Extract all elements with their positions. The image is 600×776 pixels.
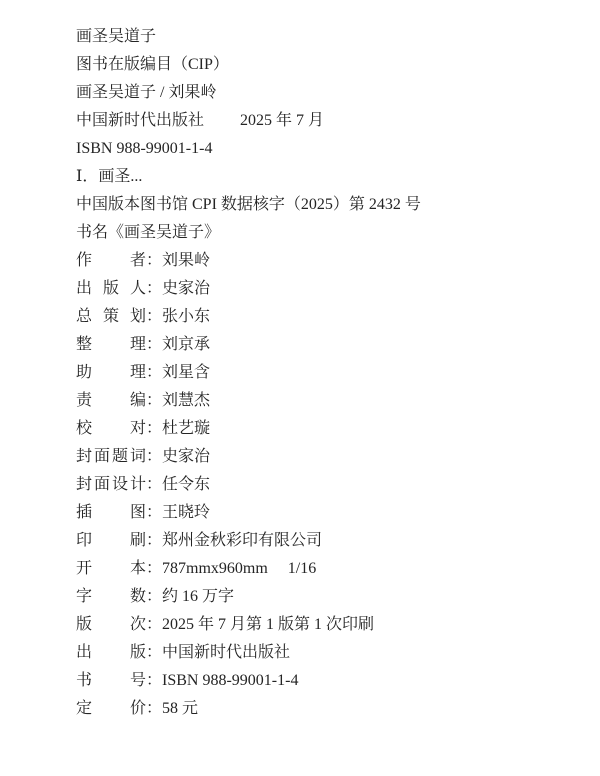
classification-line: Ⅰ．画圣... (76, 163, 580, 191)
field-value: 杜艺璇 (162, 420, 210, 437)
field-colon: ： (146, 443, 162, 471)
field-value: 刘慧杰 (162, 392, 210, 409)
field-colon: ： (146, 387, 162, 415)
field-label: 插图 (76, 499, 146, 527)
cip-record-number-line: 中国版本图书馆 CPI 数据核字（2025）第 2432 号 (76, 191, 580, 219)
field-colon: ： (146, 359, 162, 387)
field-value: 张小东 (162, 308, 210, 325)
field-value: 刘星含 (162, 364, 210, 381)
field-row-proofreader: 校对：杜艺璇 (76, 415, 580, 443)
publisher-date-line: 中国新时代出版社 2025 年 7 月 (76, 107, 580, 135)
field-row-word-count: 字数：约 16 万字 (76, 583, 580, 611)
field-row-edition: 版次：2025 年 7 月第 1 版第 1 次印刷 (76, 611, 580, 639)
field-row-illustrations: 插图：王晓玲 (76, 499, 580, 527)
field-colon: ： (146, 415, 162, 443)
field-colon: ： (146, 331, 162, 359)
field-value: 王晓玲 (162, 504, 210, 521)
field-colon: ： (146, 611, 162, 639)
field-colon: ： (146, 303, 162, 331)
field-label: 字数 (76, 583, 146, 611)
field-colon: ： (146, 499, 162, 527)
field-colon: ： (146, 471, 162, 499)
field-colon: ： (146, 695, 162, 723)
field-colon: ： (146, 527, 162, 555)
field-colon: ： (146, 555, 162, 583)
field-row-book-number: 书号：ISBN 988-99001-1-4 (76, 667, 580, 695)
field-colon: ： (146, 247, 162, 275)
field-label: 作者 (76, 247, 146, 275)
field-row-publisher-person: 出版人：史家治 (76, 275, 580, 303)
isbn-line: ISBN 988-99001-1-4 (76, 135, 580, 163)
field-value: 787mmx960mm 1/16 (162, 560, 316, 577)
field-label: 总策划 (76, 303, 146, 331)
field-label: 书号 (76, 667, 146, 695)
field-colon: ： (146, 667, 162, 695)
field-label: 印刷 (76, 527, 146, 555)
field-row-cover-design: 封面设计：任令东 (76, 471, 580, 499)
field-row-printing: 印刷：郑州金秋彩印有限公司 (76, 527, 580, 555)
document-page: 画圣吴道子 图书在版编目（CIP） 画圣吴道子 / 刘果岭 中国新时代出版社 2… (0, 0, 600, 776)
field-value: 刘果岭 (162, 252, 210, 269)
title-author-line: 画圣吴道子 / 刘果岭 (76, 79, 580, 107)
field-row-chief-planner: 总策划：张小东 (76, 303, 580, 331)
field-row-editor: 责编：刘慧杰 (76, 387, 580, 415)
field-value: 刘京承 (162, 336, 210, 353)
field-label: 整理 (76, 331, 146, 359)
cip-heading-line: 图书在版编目（CIP） (76, 51, 580, 79)
field-label: 责编 (76, 387, 146, 415)
cip-content: 画圣吴道子 图书在版编目（CIP） 画圣吴道子 / 刘果岭 中国新时代出版社 2… (76, 23, 580, 723)
field-row-compiler: 整理：刘京承 (76, 331, 580, 359)
field-label: 校对 (76, 415, 146, 443)
field-row-assistant: 助理：刘星含 (76, 359, 580, 387)
field-value: ISBN 988-99001-1-4 (162, 672, 298, 689)
field-label: 版次 (76, 611, 146, 639)
field-colon: ： (146, 639, 162, 667)
field-value: 中国新时代出版社 (162, 644, 290, 661)
field-label: 定价 (76, 695, 146, 723)
field-row-price: 定价：58 元 (76, 695, 580, 723)
field-row-publisher: 出版：中国新时代出版社 (76, 639, 580, 667)
field-row-format: 开本：787mmx960mm 1/16 (76, 555, 580, 583)
field-value: 约 16 万字 (162, 588, 234, 605)
field-colon: ： (146, 583, 162, 611)
book-title-line: 画圣吴道子 (76, 23, 580, 51)
field-label: 封面设计 (76, 471, 146, 499)
field-label: 封面题词 (76, 443, 146, 471)
book-name-line: 书名《画圣吴道子》 (76, 219, 580, 247)
field-value: 史家治 (162, 448, 210, 465)
field-label: 开本 (76, 555, 146, 583)
field-label: 出版 (76, 639, 146, 667)
field-label: 出版人 (76, 275, 146, 303)
field-row-author: 作者：刘果岭 (76, 247, 580, 275)
field-value: 58 元 (162, 700, 198, 717)
field-value: 2025 年 7 月第 1 版第 1 次印刷 (162, 616, 374, 633)
field-colon: ： (146, 275, 162, 303)
field-value: 史家治 (162, 280, 210, 297)
field-label: 助理 (76, 359, 146, 387)
field-value: 郑州金秋彩印有限公司 (162, 532, 322, 549)
field-value: 任令东 (162, 476, 210, 493)
field-row-cover-inscription: 封面题词：史家治 (76, 443, 580, 471)
